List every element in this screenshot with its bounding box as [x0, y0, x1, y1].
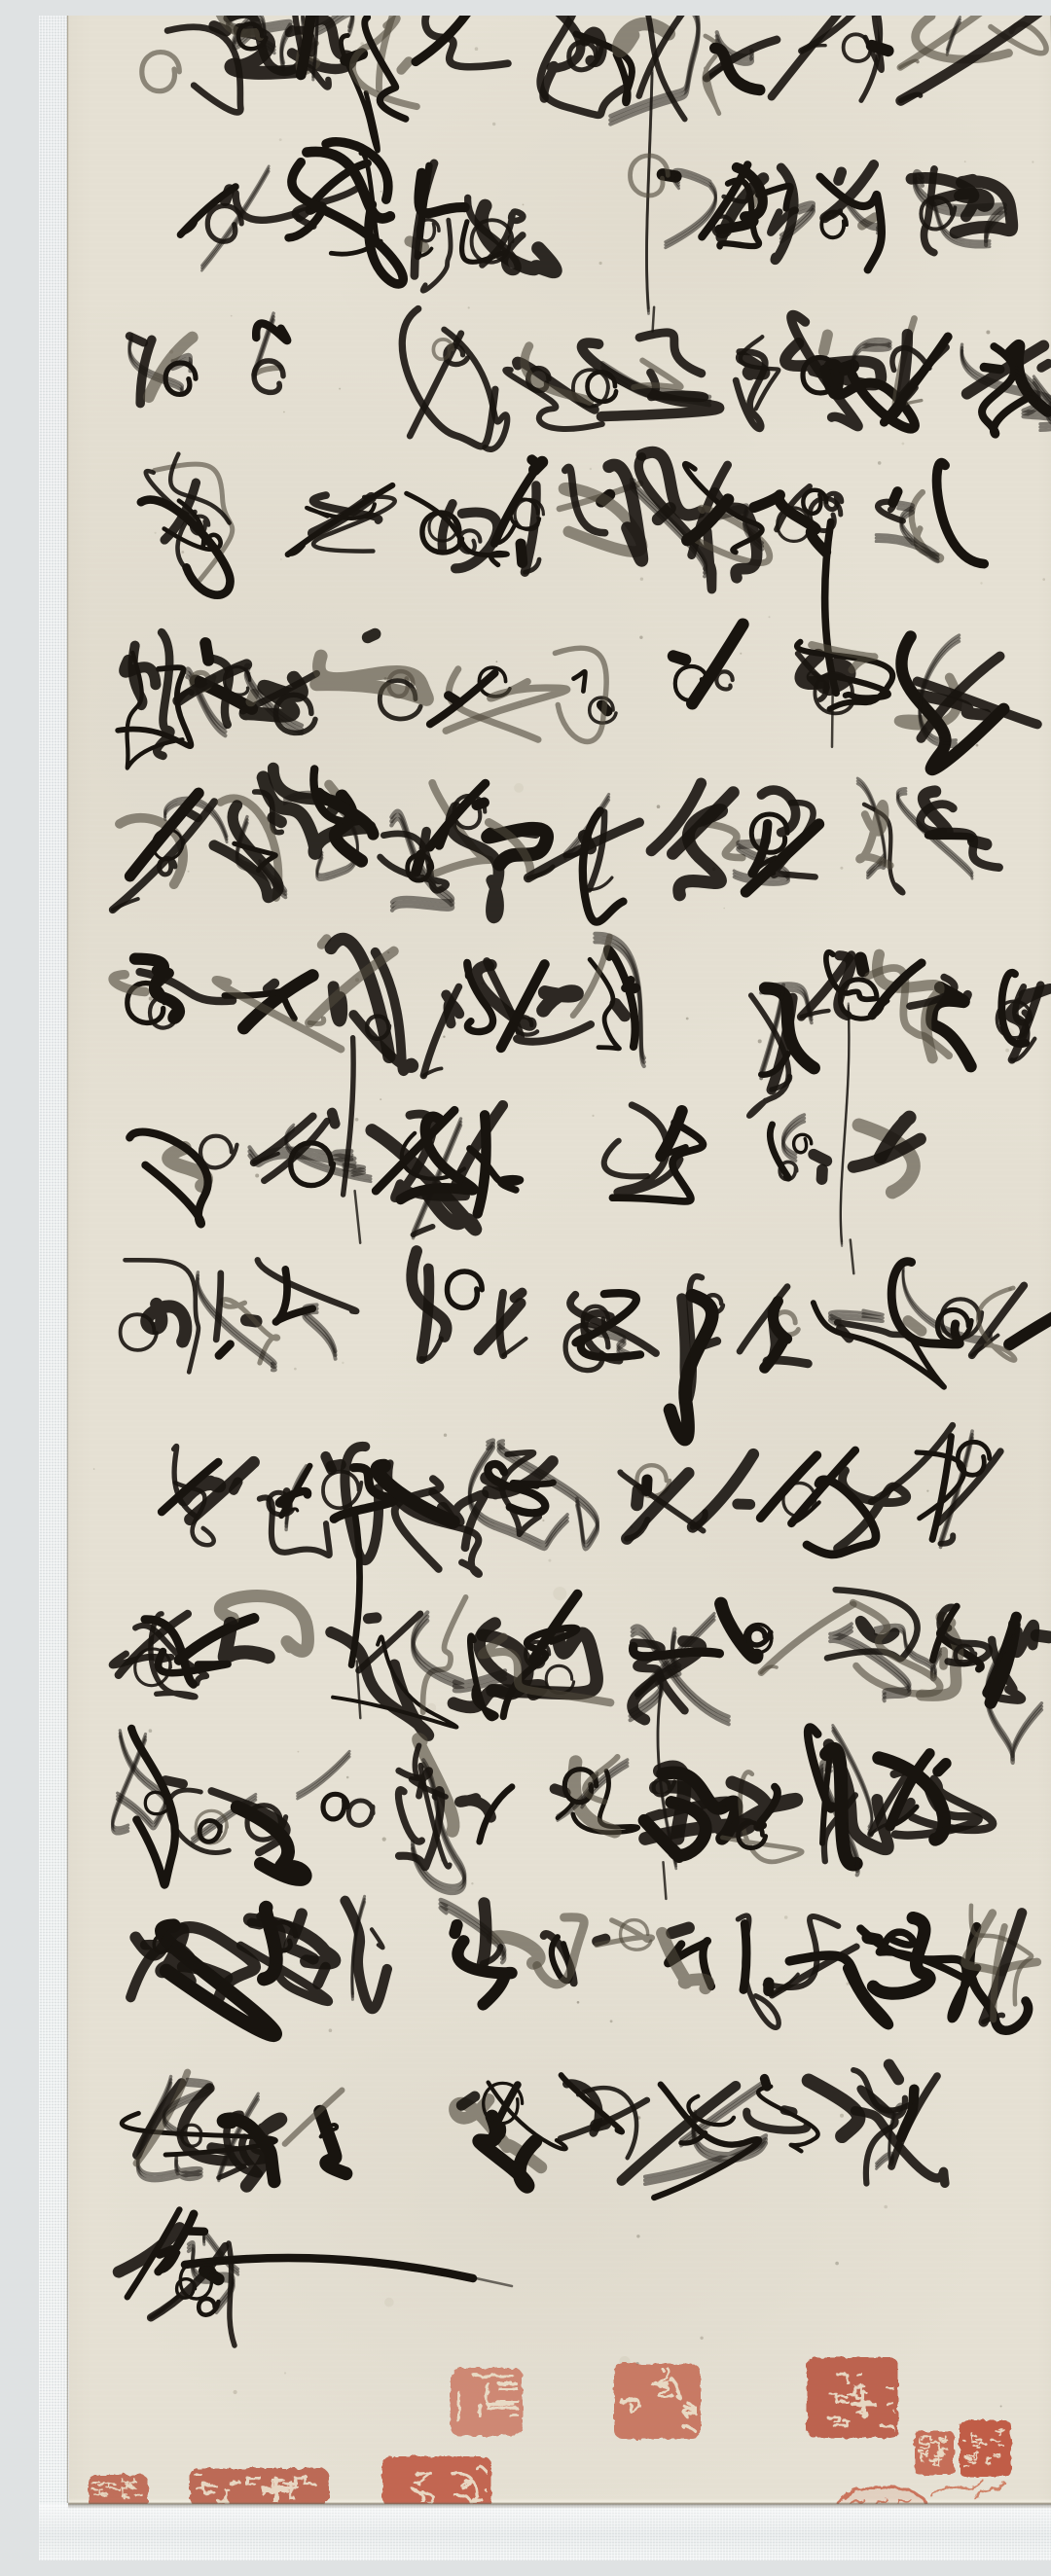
brush-stroke [1009, 1297, 1051, 1344]
brush-stroke [141, 500, 231, 595]
brush-stroke [200, 1136, 237, 1168]
brush-stroke [254, 361, 283, 392]
ink-speck [381, 191, 382, 193]
brush-stroke [165, 1780, 183, 1784]
edge-seal-big [382, 2456, 492, 2521]
mark-stroke [932, 2481, 983, 2496]
ink-speck [382, 1838, 386, 1842]
ink-speck [355, 1118, 359, 1122]
brush-stroke [868, 1938, 878, 1940]
brush-stroke [368, 1618, 377, 1619]
brush-stroke [893, 491, 898, 502]
brush-stroke [574, 671, 586, 691]
brush-stroke [219, 1344, 231, 1356]
ink-speck [93, 1468, 95, 1470]
brush-stroke [532, 460, 539, 466]
brush-stroke [616, 1004, 626, 1016]
brush-stroke [682, 1299, 687, 1393]
brush-stroke [318, 1967, 326, 1984]
ink-speck [610, 2020, 613, 2022]
brush-stroke [332, 1113, 335, 1124]
calligraphy-artwork [39, 16, 1051, 2560]
brush-stroke [460, 1799, 491, 1818]
brush-stroke [626, 980, 636, 989]
seal-glyph-zig [856, 2374, 861, 2375]
brush-stroke [984, 368, 1000, 370]
brush-stroke [702, 1342, 717, 1346]
ink-speck [590, 468, 592, 470]
brush-stroke [851, 1240, 854, 1274]
ink-speck [279, 138, 282, 141]
brush-stroke [772, 16, 874, 96]
brush-stroke [487, 1478, 502, 1485]
brush-stroke [653, 307, 655, 332]
brush-stroke [693, 1454, 753, 1527]
ink-speck [1032, 161, 1033, 162]
ink-speck [1005, 1049, 1009, 1053]
ink-speck [342, 1362, 344, 1364]
brush-stroke [672, 1928, 689, 1933]
ink-speck [964, 161, 966, 162]
ink-speck [636, 2235, 639, 2237]
brush-stroke [423, 986, 458, 1075]
brush-stroke [634, 361, 681, 388]
ink-speck [542, 1520, 544, 1521]
ink-speck [840, 867, 843, 870]
brush-stroke [673, 657, 685, 661]
ink-speck [1000, 2406, 1002, 2408]
brush-stroke [543, 992, 576, 1011]
ink-speck [980, 582, 982, 584]
ink-speck [835, 2262, 839, 2266]
brush-stroke [938, 1764, 946, 1771]
brush-stroke [716, 671, 732, 689]
brush-stroke [937, 463, 985, 564]
brush-stroke [401, 61, 409, 70]
brush-stroke [634, 1646, 720, 1656]
ink-speck [284, 2372, 286, 2374]
ink-speck [884, 2205, 888, 2209]
dry-brush-stroke [201, 166, 269, 266]
ink-speck [1042, 578, 1045, 581]
ink-speck [784, 1915, 788, 1919]
small-seal-right [956, 2420, 1011, 2477]
brush-stroke [205, 643, 208, 661]
brush-stroke [503, 1339, 525, 1355]
ink-speck [592, 1115, 594, 1117]
brush-stroke [517, 831, 535, 834]
edge-seal-wide [188, 2468, 329, 2507]
brush-stroke [151, 2296, 179, 2317]
brush-stroke [889, 2064, 899, 2079]
ink-speck [155, 532, 157, 534]
seal-layer [84, 2357, 1011, 2525]
brush-stroke [784, 2110, 793, 2112]
small-seal-left [909, 2431, 954, 2475]
ink-speck [496, 661, 498, 662]
dry-brush-stroke [298, 1751, 350, 1793]
ink-speck [599, 262, 602, 265]
brush-stroke [216, 1273, 221, 1340]
ink-speck [255, 1174, 259, 1178]
ink-speck [902, 443, 905, 446]
ink-speck [149, 997, 153, 1001]
hand-mark [932, 2481, 1004, 2498]
brush-stroke [513, 1483, 553, 1485]
ink-speck [657, 805, 661, 808]
brush-stroke [604, 1141, 648, 1177]
ink-speck [298, 1751, 300, 1753]
ink-speck [769, 616, 771, 618]
oval-seal [839, 2487, 926, 2525]
ink-speck [926, 1490, 928, 1492]
brush-stroke [199, 2299, 218, 2315]
brush-stroke [268, 984, 274, 989]
calligraphy-ink [112, 16, 1051, 2345]
collector-seal-swirl [614, 2364, 701, 2450]
ink-speck [639, 636, 642, 639]
paper-blotch [384, 2298, 394, 2308]
ink-speck [740, 653, 742, 655]
brush-stroke [446, 682, 566, 732]
oval-seal-rim [839, 2487, 926, 2525]
dry-brush-stroke [841, 1008, 850, 1246]
ink-speck [548, 1559, 551, 1562]
ink-speck [234, 2390, 237, 2394]
brush-stroke [765, 2079, 768, 2087]
brush-stroke [461, 2096, 475, 2105]
brush-stroke [368, 634, 376, 638]
ink-speck [380, 1098, 381, 1100]
brush-stroke [749, 1628, 771, 1645]
seal-face [960, 2420, 1011, 2477]
brush-stroke [355, 1191, 361, 1243]
seal-glyph-zig [844, 2419, 849, 2420]
ink-speck [640, 578, 643, 581]
ink-speck [700, 2337, 703, 2340]
brush-stroke [814, 1155, 827, 1162]
ink-speck [329, 2028, 333, 2032]
brush-stroke [839, 172, 842, 180]
brush-stroke [329, 784, 336, 792]
ink-speck [346, 1776, 349, 1779]
brush-stroke [470, 1149, 521, 1191]
brush-stroke [521, 544, 523, 562]
brush-stroke [483, 1903, 486, 1963]
seal-glyph-zig [98, 2485, 104, 2486]
ink-speck [475, 47, 479, 51]
ink-speck [294, 1368, 297, 1371]
brush-stroke [515, 1293, 523, 1299]
paper-blotch [514, 783, 524, 793]
ink-speck [443, 1036, 445, 1038]
brush-stroke [142, 53, 180, 91]
brush-stroke [1041, 364, 1048, 368]
brush-stroke [258, 1260, 357, 1311]
brush-stroke [331, 1465, 341, 1467]
brush-stroke [448, 1271, 483, 1307]
brush-stroke [832, 689, 833, 747]
ink-speck [976, 744, 979, 747]
brush-stroke [908, 1321, 922, 1332]
ink-speck [758, 1039, 762, 1043]
brush-stroke [320, 2112, 345, 2174]
ink-speck [471, 1882, 473, 1884]
brush-stroke [454, 1925, 456, 1933]
brush-stroke [323, 1794, 347, 1819]
ink-speck [149, 1729, 153, 1733]
brush-stroke [860, 958, 863, 971]
brush-stroke [273, 818, 281, 823]
ink-speck [986, 331, 990, 335]
ink-speck [468, 306, 470, 308]
brush-stroke [844, 34, 870, 61]
seal-face [190, 2468, 329, 2507]
brush-stroke [746, 2112, 807, 2130]
ink-speck [492, 123, 495, 125]
ink-speck [444, 1434, 447, 1437]
brush-stroke [823, 335, 827, 351]
brush-stroke [422, 220, 451, 291]
ink-speck [723, 908, 725, 910]
brush-stroke [321, 939, 326, 945]
brush-stroke [637, 1490, 639, 1505]
brush-stroke [189, 2231, 204, 2232]
brush-stroke [822, 1170, 823, 1180]
brush-stroke [794, 1134, 812, 1152]
ink-speck [283, 411, 285, 413]
ink-speck [686, 1018, 689, 1020]
brush-stroke [500, 1293, 504, 1355]
ink-speck [280, 558, 281, 559]
brush-stroke [963, 995, 967, 1004]
brush-stroke [189, 812, 199, 818]
ink-speck [577, 2001, 580, 2004]
brush-stroke [841, 1329, 850, 1339]
brush-stroke [225, 1624, 269, 1658]
calligraphy-scroll-photo [39, 16, 1051, 2560]
brush-stroke [260, 1497, 330, 1556]
brush-stroke [1036, 1635, 1049, 1637]
ink-speck [840, 2114, 844, 2118]
brush-stroke [743, 358, 764, 374]
brush-stroke [348, 1801, 373, 1825]
ink-speck [181, 551, 184, 554]
ink-speck [339, 388, 341, 390]
collector-seal-dense [807, 2357, 904, 2438]
paper-blotch [553, 1587, 566, 1600]
collector-seal-lines [451, 2368, 535, 2436]
brush-stroke [423, 1597, 466, 1712]
ink-speck [878, 461, 882, 465]
brush-stroke [664, 1862, 667, 1899]
brush-stroke [705, 823, 743, 857]
ink-speck [231, 315, 233, 317]
brush-stroke [226, 190, 230, 201]
brush-stroke [439, 830, 445, 845]
ink-speck [188, 871, 190, 873]
brush-stroke [372, 1929, 383, 1948]
brush-stroke [316, 657, 427, 700]
ink-speck [523, 204, 525, 206]
brush-stroke [692, 625, 743, 703]
